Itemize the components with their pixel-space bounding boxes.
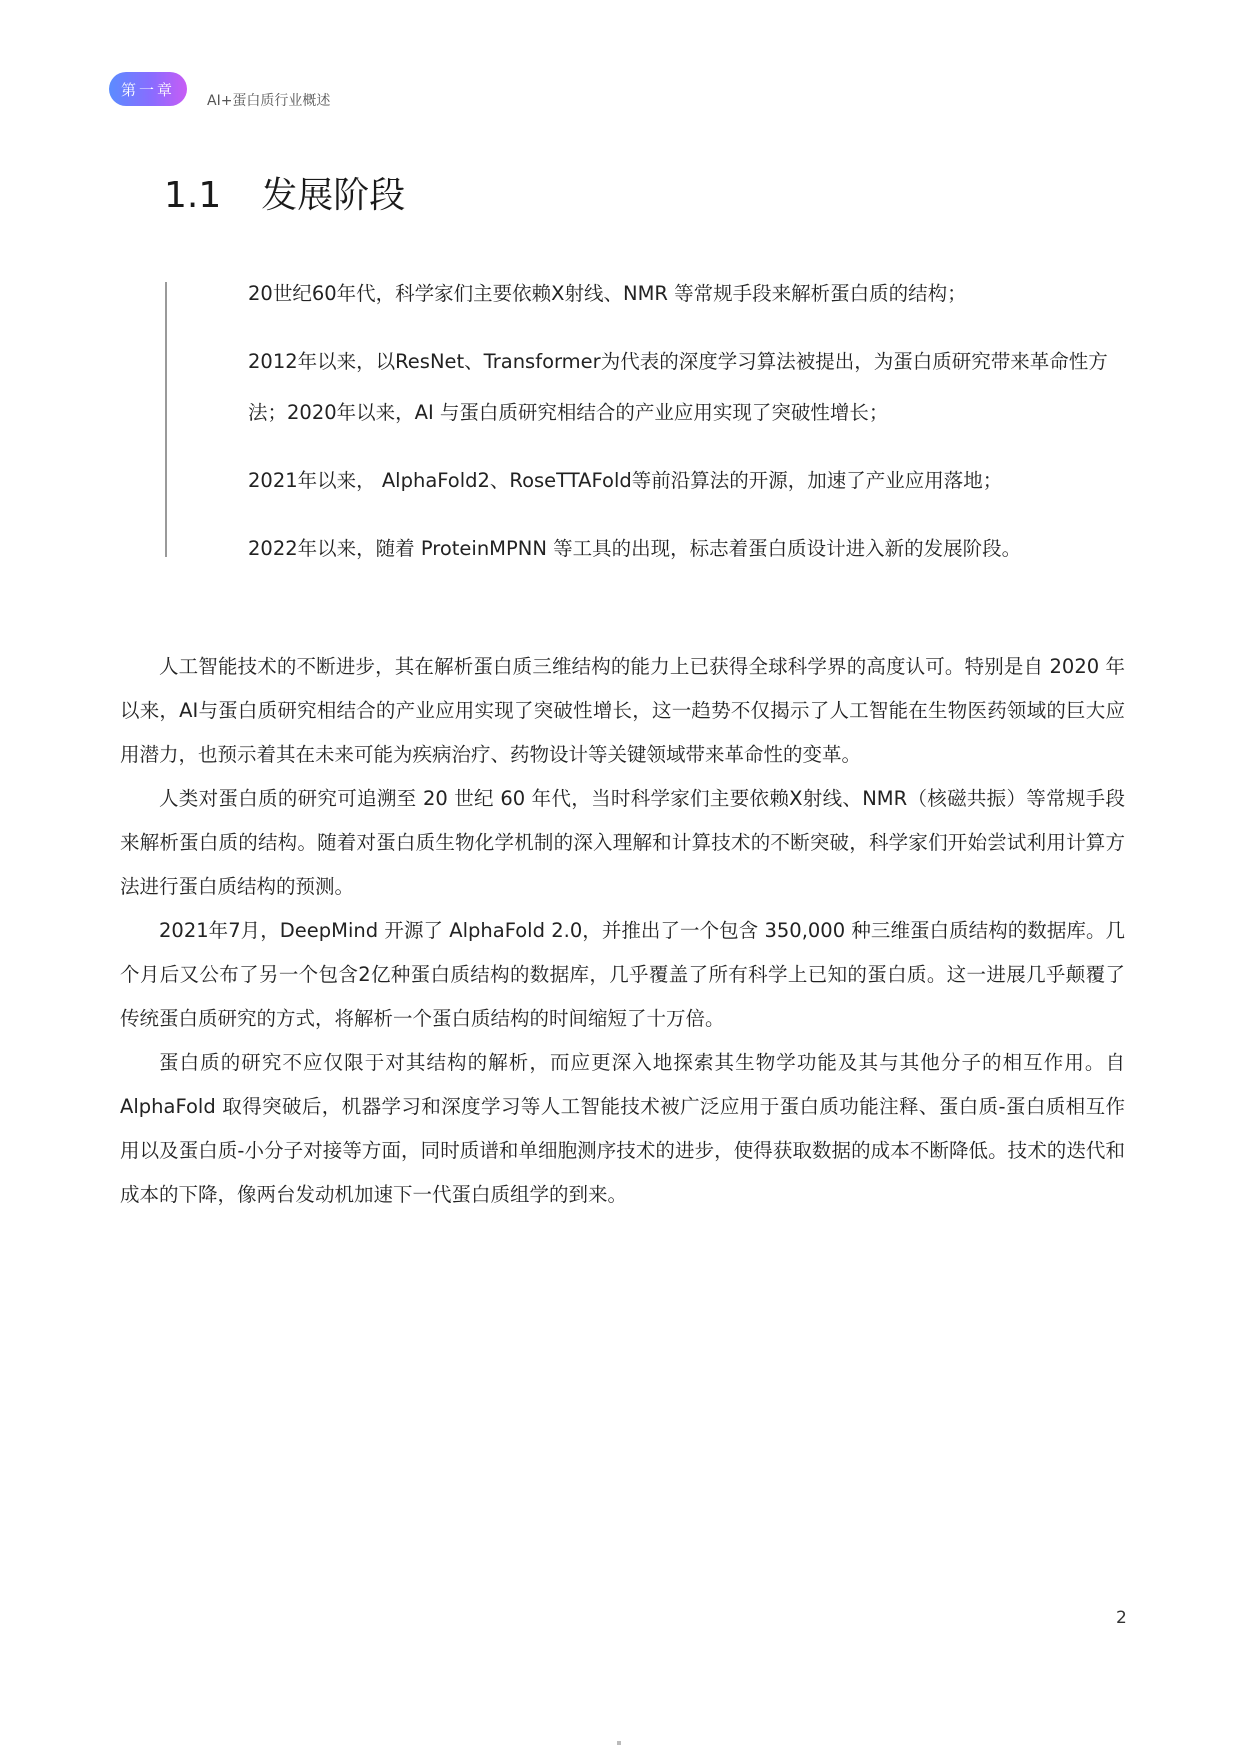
paragraph: 蛋白质的研究不应仅限于对其结构的解析，而应更深入地探索其生物学功能及其与其他分子…	[120, 1041, 1125, 1217]
section-number: 1.1	[164, 178, 221, 214]
paragraph: 2021年7月，DeepMind 开源了 AlphaFold 2.0，并推出了一…	[120, 909, 1125, 1041]
section-title: 发展阶段	[261, 178, 405, 214]
section-heading: 1.1 发展阶段	[164, 178, 405, 214]
paragraph: 人类对蛋白质的研究可追溯至 20 世纪 60 年代，当时科学家们主要依赖X射线、…	[120, 777, 1125, 909]
timeline-divider	[165, 282, 167, 557]
chapter-badge: 第一章	[109, 72, 187, 106]
timeline-list: 20世纪60年代，科学家们主要依赖X射线、NMR 等常规手段来解析蛋白质的结构；…	[248, 282, 1128, 591]
page-marker-dot	[617, 1741, 621, 1745]
timeline-item: 20世纪60年代，科学家们主要依赖X射线、NMR 等常规手段来解析蛋白质的结构；	[248, 268, 1128, 319]
page-header: 第一章 AI+蛋白质行业概述	[109, 68, 330, 110]
chapter-title: AI+蛋白质行业概述	[207, 90, 330, 110]
timeline-item: 2022年以来，随着 ProteinMPNN 等工具的出现，标志着蛋白质设计进入…	[248, 523, 1128, 574]
body-text: 人工智能技术的不断进步，其在解析蛋白质三维结构的能力上已获得全球科学界的高度认可…	[120, 645, 1125, 1217]
timeline-item: 2012年以来，以ResNet、Transformer为代表的深度学习算法被提出…	[248, 336, 1128, 438]
paragraph: 人工智能技术的不断进步，其在解析蛋白质三维结构的能力上已获得全球科学界的高度认可…	[120, 645, 1125, 777]
page-number: 2	[1116, 1608, 1127, 1628]
timeline-item: 2021年以来， AlphaFold2、RoseTTAFold等前沿算法的开源，…	[248, 455, 1128, 506]
development-timeline: 20世纪60年代，科学家们主要依赖X射线、NMR 等常规手段来解析蛋白质的结构；…	[165, 282, 1105, 557]
